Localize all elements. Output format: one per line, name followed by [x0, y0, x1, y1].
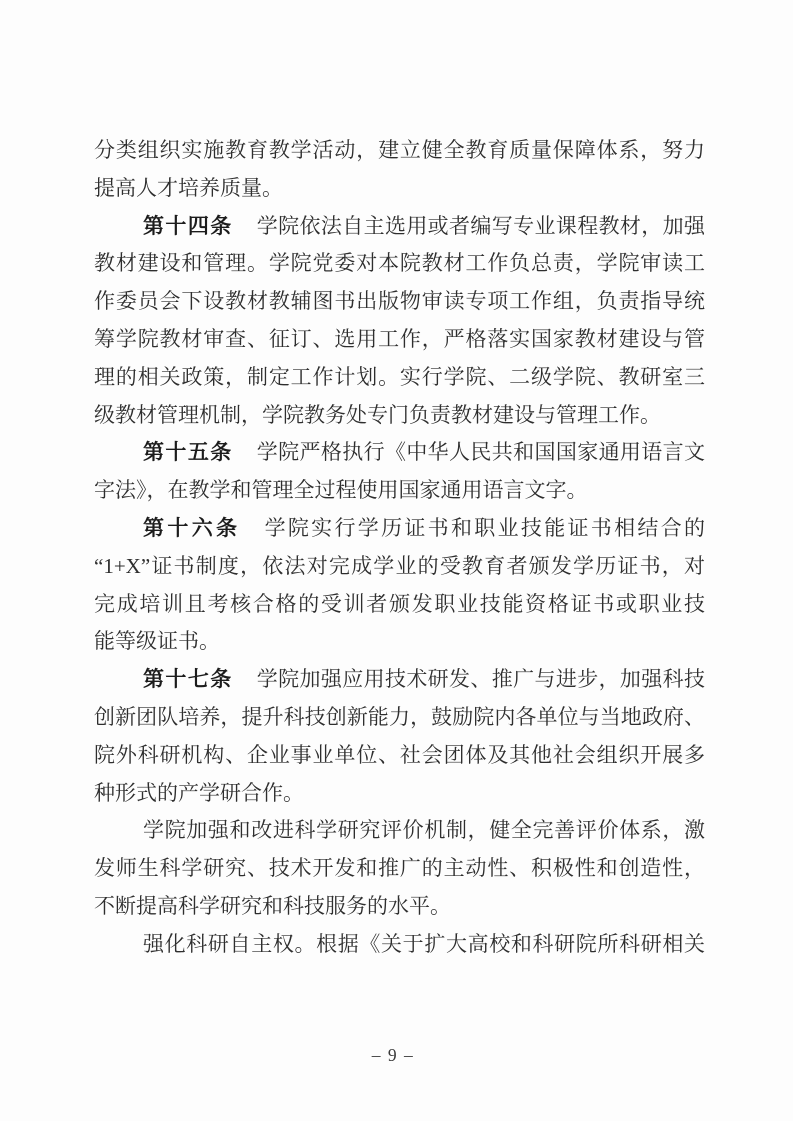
text-line: 教材建设和管理。学院党委对本院教材工作负总责，学院审读工: [94, 245, 705, 283]
text-line: 创新团队培养，提升科技创新能力，鼓励院内各单位与当地政府、: [94, 699, 705, 737]
line-text: 完成培训且考核合格的受训者颁发职业技能资格证书或职业技: [94, 592, 705, 616]
line-text: 能等级证书。: [94, 629, 220, 653]
line-text: 发师生科学研究、技术开发和推广的主动性、积极性和创造性，: [94, 856, 705, 880]
text-line: 第十七条学院加强应用技术研发、推广与进步，加强科技: [94, 661, 705, 699]
line-text: 强化科研自主权。根据《关于扩大高校和科研院所科研相关: [143, 932, 705, 956]
article-number: 第十七条: [143, 668, 233, 691]
line-text: “1+X”证书制度，依法对完成学业的受教育者颁发学历证书，对: [94, 554, 705, 578]
line-text: 院外科研机构、企业事业单位、社会团体及其他社会组织开展多: [94, 743, 705, 767]
text-line: 种形式的产学研合作。: [94, 775, 705, 813]
text-line: 不断提高科学研究和科技服务的水平。: [94, 888, 705, 926]
line-text: 创新团队培养，提升科技创新能力，鼓励院内各单位与当地政府、: [94, 705, 705, 729]
text-line: 提高人才培养质量。: [94, 170, 705, 208]
line-text: 学院加强应用技术研发、推广与进步，加强科技: [257, 667, 705, 691]
text-line: 第十六条学院实行学历证书和职业技能证书相结合的: [94, 510, 705, 548]
article-number: 第十四条: [143, 215, 233, 238]
text-line: 筹学院教材审查、征订、选用工作，严格落实国家教材建设与管: [94, 321, 705, 359]
text-line: 强化科研自主权。根据《关于扩大高校和科研院所科研相关: [94, 926, 705, 964]
text-line: 作委员会下设教材教辅图书出版物审读专项工作组，负责指导统: [94, 283, 705, 321]
text-line: 第十五条学院严格执行《中华人民共和国国家通用语言文: [94, 434, 705, 472]
line-text: 级教材管理机制，学院教务处专门负责教材建设与管理工作。: [94, 403, 661, 427]
text-line: 能等级证书。: [94, 623, 705, 661]
line-text: 理的相关政策，制定工作计划。实行学院、二级学院、教研室三: [94, 365, 705, 389]
text-line: 第十四条学院依法自主选用或者编写专业课程教材，加强: [94, 208, 705, 246]
text-line: “1+X”证书制度，依法对完成学业的受教育者颁发学历证书，对: [94, 548, 705, 586]
line-text: 学院实行学历证书和职业技能证书相结合的: [265, 516, 705, 540]
line-text: 学院依法自主选用或者编写专业课程教材，加强: [257, 214, 705, 238]
article-number: 第十五条: [143, 441, 233, 464]
text-line: 完成培训且考核合格的受训者颁发职业技能资格证书或职业技: [94, 586, 705, 624]
line-text: 字法》，在教学和管理全过程使用国家通用语言文字。: [94, 478, 588, 502]
text-line: 院外科研机构、企业事业单位、社会团体及其他社会组织开展多: [94, 737, 705, 775]
line-text: 不断提高科学研究和科技服务的水平。: [94, 894, 451, 918]
line-text: 学院严格执行《中华人民共和国国家通用语言文: [257, 440, 705, 464]
page-number: – 9 –: [372, 1045, 415, 1065]
text-line: 级教材管理机制，学院教务处专门负责教材建设与管理工作。: [94, 397, 705, 435]
document-page: 分类组织实施教育教学活动，建立健全教育质量保障体系，努力提高人才培养质量。第十四…: [0, 0, 793, 1121]
text-line: 理的相关政策，制定工作计划。实行学院、二级学院、教研室三: [94, 359, 705, 397]
document-body: 分类组织实施教育教学活动，建立健全教育质量保障体系，努力提高人才培养质量。第十四…: [94, 132, 705, 964]
line-text: 教材建设和管理。学院党委对本院教材工作负总责，学院审读工: [94, 251, 705, 275]
line-text: 分类组织实施教育教学活动，建立健全教育质量保障体系，努力: [94, 138, 705, 162]
page-footer: – 9 –: [0, 1042, 786, 1068]
line-text: 学院加强和改进科学研究评价机制，健全完善评价体系，激: [143, 818, 705, 842]
article-number: 第十六条: [143, 517, 240, 540]
line-text: 提高人才培养质量。: [94, 176, 283, 200]
text-line: 发师生科学研究、技术开发和推广的主动性、积极性和创造性，: [94, 850, 705, 888]
text-line: 分类组织实施教育教学活动，建立健全教育质量保障体系，努力: [94, 132, 705, 170]
line-text: 种形式的产学研合作。: [94, 781, 304, 805]
text-line: 字法》，在教学和管理全过程使用国家通用语言文字。: [94, 472, 705, 510]
line-text: 筹学院教材审查、征订、选用工作，严格落实国家教材建设与管: [94, 327, 705, 351]
text-line: 学院加强和改进科学研究评价机制，健全完善评价体系，激: [94, 812, 705, 850]
line-text: 作委员会下设教材教辅图书出版物审读专项工作组，负责指导统: [94, 289, 705, 313]
